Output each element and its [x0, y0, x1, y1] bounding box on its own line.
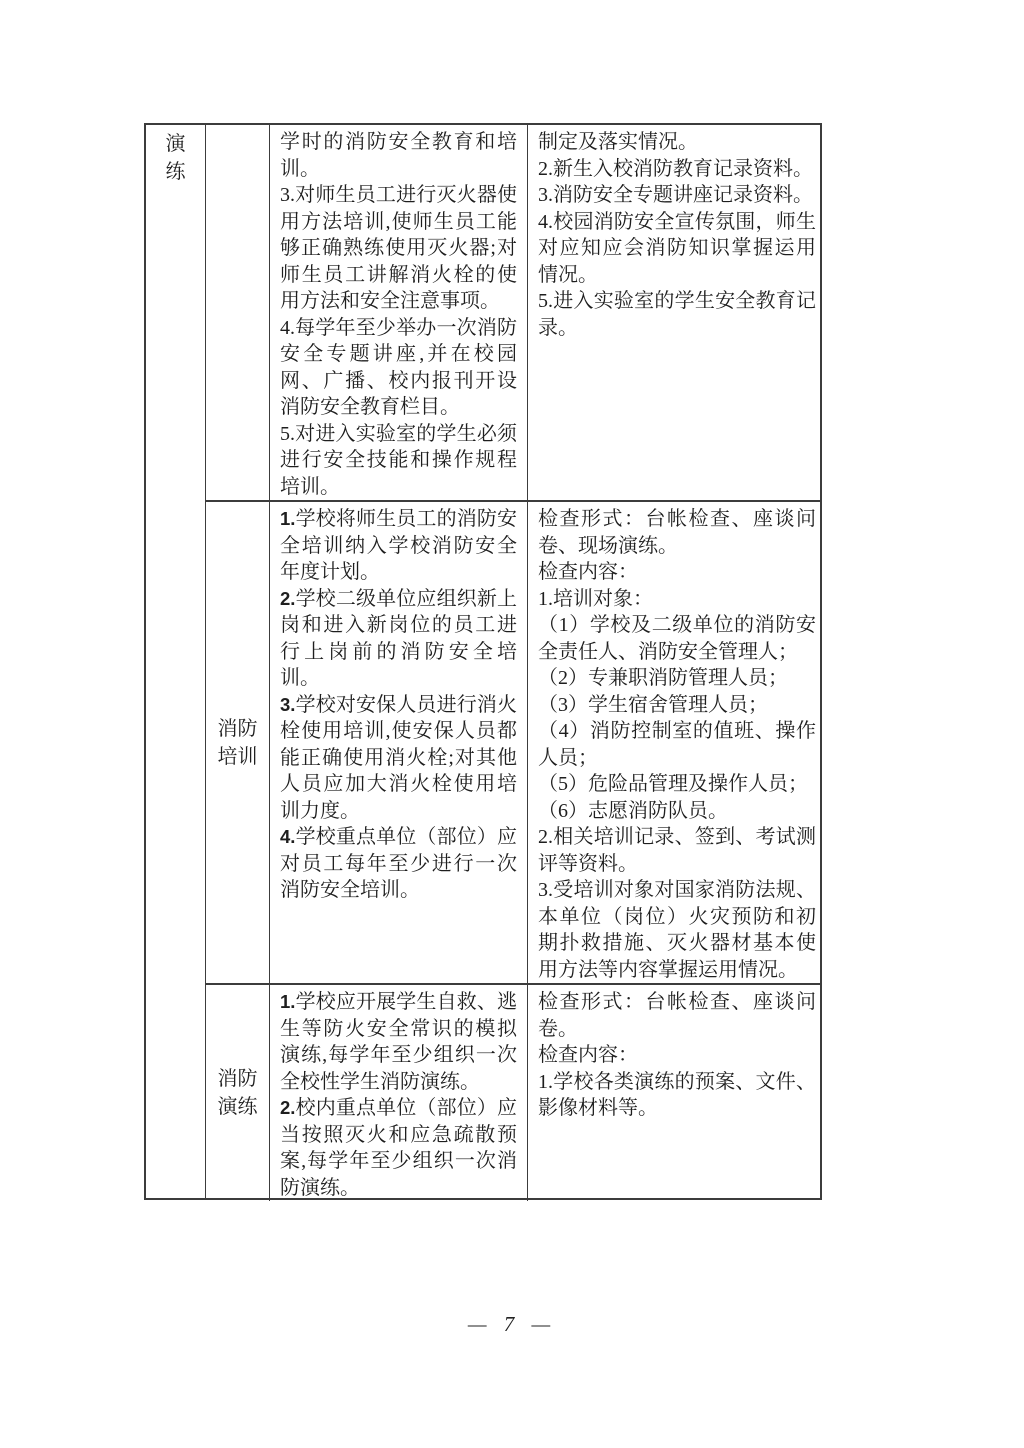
- item-text: （6）志愿消防队员。: [538, 800, 728, 822]
- row-label-cell: 消防演练: [206, 985, 270, 1201]
- row-content-cell: 1.学校将师生员工的消防安全培训纳入学校消防安全年度计划。2.学校二级单位应组织…: [270, 502, 528, 983]
- item-number: 2.: [538, 158, 553, 180]
- check-paragraph: 3.消防安全专题讲座记录资料。: [538, 182, 816, 209]
- check-paragraph: 1.培训对象：: [538, 586, 816, 613]
- item-text: 进入实验室的学生安全教育记录。: [538, 290, 816, 339]
- item-text: 检查内容：: [538, 1044, 638, 1066]
- content-paragraph: 2.校内重点单位（部位）应当按照灭火和应急疏散预案,每学年至少组织一次消防演练。: [280, 1095, 517, 1201]
- table-row: 消防培训1.学校将师生员工的消防安全培训纳入学校消防安全年度计划。2.学校二级单…: [206, 502, 820, 985]
- row-check-cell: 检查形式：台帐检查、座谈问卷。检查内容：1.学校各类演练的预案、文件、影像材料等…: [528, 985, 820, 1201]
- item-number: 4.: [280, 317, 295, 339]
- item-number: 2.: [280, 588, 295, 609]
- row-label-cell: [206, 125, 270, 500]
- item-text: 学校重点单位（部位）应对员工每年至少进行一次消防安全培训。: [280, 826, 517, 901]
- item-text: 对进入实验室的学生必须进行安全技能和操作规程培训。: [280, 423, 517, 498]
- check-paragraph: （4）消防控制室的值班、操作人员；: [538, 718, 816, 771]
- item-text: 学校各类演练的预案、文件、影像材料等。: [538, 1071, 816, 1120]
- item-text: 对师生员工进行灭火器使用方法培训,使师生员工能够正确熟练使用灭火器;对师生员工讲…: [280, 184, 517, 312]
- item-text: （1）学校及二级单位的消防安全责任人、消防安全管理人；: [538, 614, 816, 663]
- item-text: 每学年至少举办一次消防安全专题讲座,并在校园网、广播、校内报刊开设消防安全教育栏…: [280, 317, 517, 419]
- item-text: （2）专兼职消防管理人员；: [538, 667, 788, 689]
- item-text: 检查形式：台帐检查、座谈问卷、现场演练。: [538, 508, 816, 557]
- item-number: 1.: [280, 991, 295, 1012]
- fire-safety-inspection-table: 演 练 学时的消防安全教育和培训。3.对师生员工进行灭火器使用方法培训,使师生员…: [144, 123, 822, 1200]
- item-number: 4.: [538, 211, 553, 233]
- check-paragraph: 检查内容：: [538, 559, 816, 586]
- content-paragraph: 3.对师生员工进行灭火器使用方法培训,使师生员工能够正确熟练使用灭火器;对师生员…: [280, 182, 517, 315]
- item-text: （4）消防控制室的值班、操作人员；: [538, 720, 816, 769]
- item-number: 1.: [280, 508, 295, 529]
- row-content-cell: 1.学校应开展学生自救、逃生等防火安全常识的模拟演练,每学年至少组织一次全校性学…: [270, 985, 528, 1201]
- item-text: 检查内容：: [538, 561, 638, 583]
- check-paragraph: 3.受培训对象对国家消防法规、本单位（岗位）火灾预防和初期扑救措施、灭火器材基本…: [538, 877, 816, 983]
- item-number: 1.: [538, 588, 553, 610]
- table-row: 消防演练1.学校应开展学生自救、逃生等防火安全常识的模拟演练,每学年至少组织一次…: [206, 985, 820, 1201]
- content-paragraph: 5.对进入实验室的学生必须进行安全技能和操作规程培训。: [280, 421, 517, 501]
- content-paragraph: 2.学校二级单位应组织新上岗和进入新岗位的员工进行上岗前的消防安全培训。: [280, 586, 517, 692]
- check-paragraph: 2.新生入校消防教育记录资料。: [538, 156, 816, 183]
- item-text: 相关培训记录、签到、考试测评等资料。: [538, 826, 816, 875]
- item-number: 2.: [280, 1097, 295, 1118]
- item-text: 制定及落实情况。: [538, 131, 698, 153]
- item-text: 培训对象：: [553, 588, 653, 610]
- row-label-line: 演练: [218, 1093, 258, 1121]
- row-label-line: 消防: [218, 715, 258, 743]
- item-number: 3.: [538, 184, 553, 206]
- check-paragraph: （5）危险品管理及操作人员；: [538, 771, 816, 798]
- content-paragraph: 1.学校应开展学生自救、逃生等防火安全常识的模拟演练,每学年至少组织一次全校性学…: [280, 989, 517, 1095]
- check-paragraph: （2）专兼职消防管理人员；: [538, 665, 816, 692]
- item-text: 消防安全专题讲座记录资料。: [553, 184, 813, 206]
- item-text: 学校二级单位应组织新上岗和进入新岗位的员工进行上岗前的消防安全培训。: [280, 588, 517, 690]
- check-paragraph: 2.相关培训记录、签到、考试测评等资料。: [538, 824, 816, 877]
- row-label-cell: 消防培训: [206, 502, 270, 983]
- item-text: 学时的消防安全教育和培训。: [280, 131, 517, 180]
- item-text: 校内重点单位（部位）应当按照灭火和应急疏散预案,每学年至少组织一次消防演练。: [280, 1097, 517, 1199]
- content-paragraph: 3.学校对安保人员进行消火栓使用培训,使安保人员都能正确使用消火栓;对其他人员应…: [280, 692, 517, 825]
- item-number: 3.: [280, 694, 295, 715]
- category-line: 练: [146, 158, 205, 186]
- content-paragraph: 4.每学年至少举办一次消防安全专题讲座,并在校园网、广播、校内报刊开设消防安全教…: [280, 315, 517, 421]
- item-text: 新生入校消防教育记录资料。: [553, 158, 813, 180]
- item-number: 3.: [538, 879, 553, 901]
- row-content-cell: 学时的消防安全教育和培训。3.对师生员工进行灭火器使用方法培训,使师生员工能够正…: [270, 125, 528, 500]
- content-paragraph: 1.学校将师生员工的消防安全培训纳入学校消防安全年度计划。: [280, 506, 517, 586]
- check-paragraph: （6）志愿消防队员。: [538, 798, 816, 825]
- item-text: （3）学生宿舍管理人员；: [538, 694, 768, 716]
- check-paragraph: 4.校园消防安全宣传氛围，师生对应知应会消防知识掌握运用情况。: [538, 209, 816, 289]
- content-paragraph: 学时的消防安全教育和培训。: [280, 129, 517, 182]
- item-text: 检查形式：台帐检查、座谈问卷。: [538, 991, 816, 1040]
- row-label-line: 消防: [218, 1065, 258, 1093]
- item-text: 校园消防安全宣传氛围，师生对应知应会消防知识掌握运用情况。: [538, 211, 816, 286]
- check-paragraph: 制定及落实情况。: [538, 129, 816, 156]
- row-check-cell: 制定及落实情况。2.新生入校消防教育记录资料。3.消防安全专题讲座记录资料。4.…: [528, 125, 820, 500]
- category-cell: 演 练: [146, 125, 206, 1198]
- check-paragraph: 检查形式：台帐检查、座谈问卷。: [538, 989, 816, 1042]
- check-paragraph: （1）学校及二级单位的消防安全责任人、消防安全管理人；: [538, 612, 816, 665]
- item-text: 学校应开展学生自救、逃生等防火安全常识的模拟演练,每学年至少组织一次全校性学生消…: [280, 991, 517, 1093]
- item-number: 2.: [538, 826, 553, 848]
- item-number: 4.: [280, 826, 295, 847]
- check-paragraph: 1.学校各类演练的预案、文件、影像材料等。: [538, 1069, 816, 1122]
- page-footer: — 7 —: [0, 1312, 1024, 1337]
- item-text: （5）危险品管理及操作人员；: [538, 773, 808, 795]
- content-paragraph: 4.学校重点单位（部位）应对员工每年至少进行一次消防安全培训。: [280, 824, 517, 904]
- table-row: 学时的消防安全教育和培训。3.对师生员工进行灭火器使用方法培训,使师生员工能够正…: [206, 125, 820, 502]
- item-number: 5.: [538, 290, 553, 312]
- category-line: 演: [146, 130, 205, 158]
- row-check-cell: 检查形式：台帐检查、座谈问卷、现场演练。检查内容：1.培训对象：（1）学校及二级…: [528, 502, 820, 983]
- page-number: — 7 —: [468, 1312, 556, 1336]
- item-number: 1.: [538, 1071, 553, 1093]
- check-paragraph: 检查内容：: [538, 1042, 816, 1069]
- item-number: 5.: [280, 423, 295, 445]
- item-number: 3.: [280, 184, 295, 206]
- table-rows: 学时的消防安全教育和培训。3.对师生员工进行灭火器使用方法培训,使师生员工能够正…: [206, 125, 820, 1198]
- row-label-line: 培训: [218, 743, 258, 771]
- item-text: 学校对安保人员进行消火栓使用培训,使安保人员都能正确使用消火栓;对其他人员应加大…: [280, 694, 517, 822]
- item-text: 受培训对象对国家消防法规、本单位（岗位）火灾预防和初期扑救措施、灭火器材基本使用…: [538, 879, 816, 981]
- check-paragraph: （3）学生宿舍管理人员；: [538, 692, 816, 719]
- check-paragraph: 检查形式：台帐检查、座谈问卷、现场演练。: [538, 506, 816, 559]
- check-paragraph: 5.进入实验室的学生安全教育记录。: [538, 288, 816, 341]
- item-text: 学校将师生员工的消防安全培训纳入学校消防安全年度计划。: [280, 508, 517, 583]
